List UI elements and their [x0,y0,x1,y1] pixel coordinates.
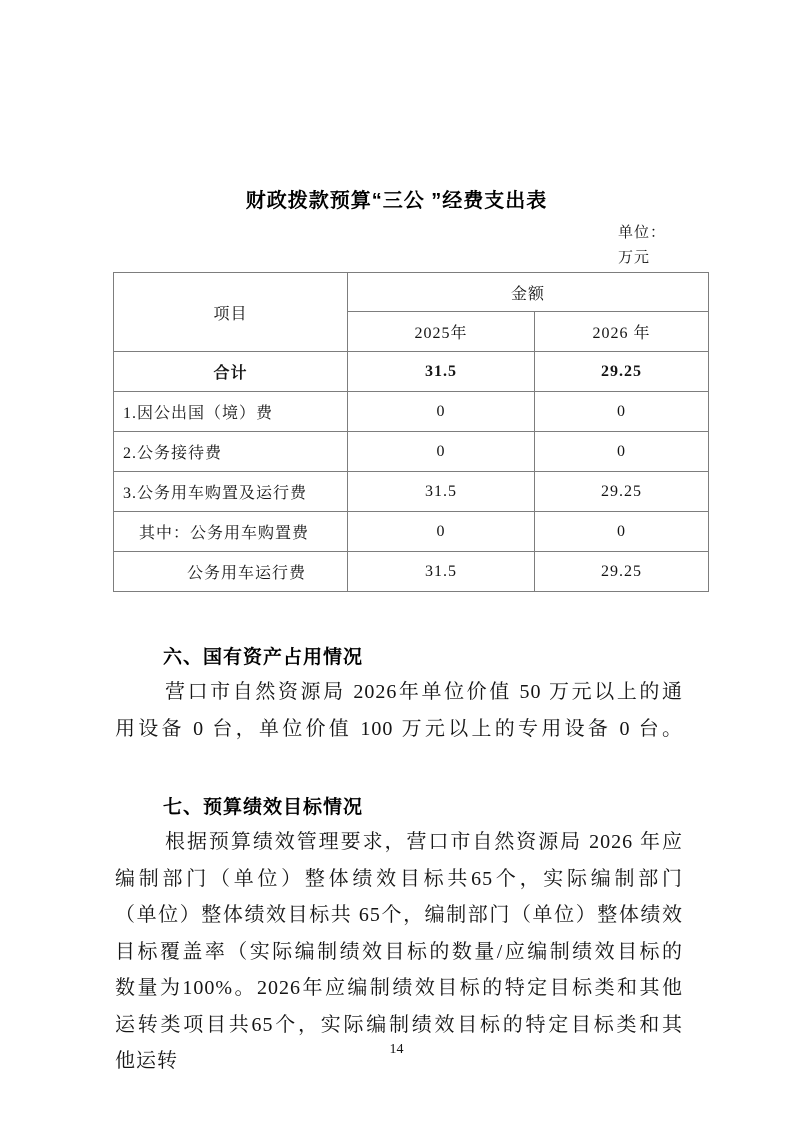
total-2025-value: 31.5 [348,352,535,392]
table-row-vehicle-total-fee: 3.公务用车购置及运行费 31.5 29.25 [114,472,709,512]
reception-fee-2026-value: 0 [535,432,709,472]
row-label-reception-fee: 2.公务接待费 [114,432,348,472]
abroad-fee-2026-value: 0 [535,392,709,432]
row-label-vehicle-purchase-fee: 其中：公务用车购置费 [114,512,348,552]
table-row-abroad-fee: 1.因公出国（境）费 0 0 [114,392,709,432]
paragraph-line: 营口市自然资源局 2026年单位价值 50 万元以上的通 [115,674,683,711]
paragraph-line: 根据预算绩效管理要求，营口市自然资源局 2026 年应 [115,824,683,861]
section-6-paragraph: 营口市自然资源局 2026年单位价值 50 万元以上的通 用设备 0 台，单位价… [115,674,683,747]
section-7-heading: 七、预算绩效目标情况 [163,792,363,819]
table-row-total: 合计 31.5 29.25 [114,352,709,392]
document-page: 财政拨款预算“三公 ”经费支出表 单位： 万元 项目 金额 2025年 2026… [0,0,793,1122]
document-title: 财政拨款预算“三公 ”经费支出表 [0,184,793,213]
table-row-reception-fee: 2.公务接待费 0 0 [114,432,709,472]
vehicle-total-2026-value: 29.25 [535,472,709,512]
vehicle-operating-2025-value: 31.5 [348,552,535,592]
page-number: 14 [0,1042,793,1058]
paragraph-line: 数量为100%。2026年应编制绩效目标的特定目标类和其他 [115,970,683,1007]
row-label-total: 合计 [114,352,348,392]
row-label-abroad-fee: 1.因公出国（境）费 [114,392,348,432]
three-public-expense-table: 项目 金额 2025年 2026 年 合计 31.5 29.25 1.因公出国（… [113,272,709,592]
paragraph-line: 运转类项目共65个，实际编制绩效目标的特定目标类和其 [115,1007,683,1044]
col-header-2026: 2026 年 [535,312,709,352]
row-label-vehicle-operating-fee: 公务用车运行费 [114,552,348,592]
total-2026-value: 29.25 [535,352,709,392]
paragraph-line: （单位）整体绩效目标共 65个，编制部门（单位）整体绩效 [115,897,683,934]
col-header-amount: 金额 [348,273,709,312]
col-header-item: 项目 [114,273,348,352]
unit-label-line1: 单位： [618,221,666,246]
vehicle-total-2025-value: 31.5 [348,472,535,512]
section-6-heading: 六、国有资产占用情况 [163,642,363,669]
table-row-vehicle-operating-fee: 公务用车运行费 31.5 29.25 [114,552,709,592]
table-header-row-1: 项目 金额 [114,273,709,312]
paragraph-line: 编制部门（单位）整体绩效目标共65个，实际编制部门 [115,861,683,898]
reception-fee-2025-value: 0 [348,432,535,472]
row-label-vehicle-total-fee: 3.公务用车购置及运行费 [114,472,348,512]
abroad-fee-2025-value: 0 [348,392,535,432]
unit-label-line2: 万元 [618,246,666,271]
paragraph-line: 目标覆盖率（实际编制绩效目标的数量/应编制绩效目标的 [115,934,683,971]
paragraph-line: 用设备 0 台，单位价值 100 万元以上的专用设备 0 台。 [115,711,683,748]
unit-label: 单位： 万元 [618,221,666,271]
col-header-2025: 2025年 [348,312,535,352]
vehicle-purchase-2026-value: 0 [535,512,709,552]
table-row-vehicle-purchase-fee: 其中：公务用车购置费 0 0 [114,512,709,552]
vehicle-operating-2026-value: 29.25 [535,552,709,592]
vehicle-purchase-2025-value: 0 [348,512,535,552]
